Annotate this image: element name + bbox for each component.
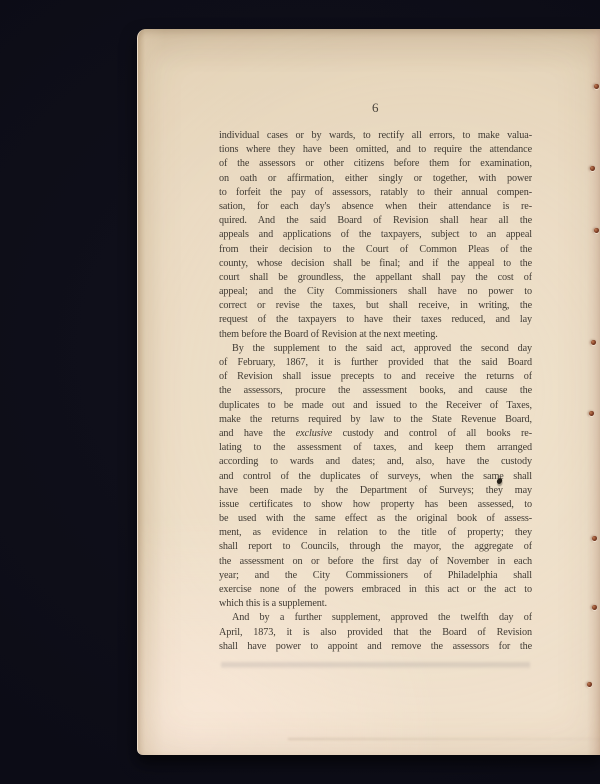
show-through-text (221, 660, 530, 670)
text-line: which this is a supplement. (219, 597, 532, 611)
text-line: and control of the duplicates of surveys… (219, 470, 532, 484)
page-crease (288, 738, 600, 740)
text-line: and have the exclusive custody and contr… (219, 427, 532, 441)
text-line: court shall be groundless, the appellant… (219, 271, 532, 285)
text-line: request of the taxpayers to have their t… (219, 313, 532, 327)
text-line: the assessment on or before the first da… (219, 555, 532, 569)
text-line: ment, as evidence in relation to the tit… (219, 526, 532, 540)
text-line: correct or revise the taxes, but shall r… (219, 299, 532, 313)
text-line: appeal; and the City Commissioners shall… (219, 285, 532, 299)
text-line: county, whose decision shall be final; a… (219, 257, 532, 271)
text-line: of the assessors or other citizens befor… (219, 157, 532, 171)
text-line: shall have power to appoint and remove t… (219, 640, 532, 654)
text-line: lating to the assessment of taxes, and k… (219, 441, 532, 455)
text-line: exercise none of the powers embraced in … (219, 583, 532, 597)
text-line: from their decision to the Court of Comm… (219, 243, 532, 257)
text-line: quired. And the said Board of Revision s… (219, 214, 532, 228)
text-line: April, 1873, it is also provided that th… (219, 626, 532, 640)
text-line: year; and the City Commissioners of Phil… (219, 569, 532, 583)
text-line: duplicates to be made out and issued to … (219, 399, 532, 413)
text-line: according to wards and dates; and, also,… (219, 455, 532, 469)
scan-background: 6 individual cases or by wards, to recti… (0, 0, 600, 784)
text-line: make the returns required by law to the … (219, 413, 532, 427)
text-line: to forfeit the pay of assessors, ratably… (219, 186, 532, 200)
text-line: them before the Board of Revision at the… (219, 328, 532, 342)
text-line: of Revision shall issue precepts to and … (219, 370, 532, 384)
text-line: And by a further supplement, approved th… (219, 611, 532, 625)
body-text: individual cases or by wards, to rectify… (219, 129, 532, 654)
text-line: issue certificates to show how property … (219, 498, 532, 512)
text-line: appeals and applications of the taxpayer… (219, 228, 532, 242)
page-number: 6 (219, 100, 532, 116)
text-line: on oath or affirmation, either singly or… (219, 172, 532, 186)
text-line: tions where they have been omitted, and … (219, 143, 532, 157)
text-line: be used with the same effect as the orig… (219, 512, 532, 526)
text-line: sation, for each day's absence when thei… (219, 200, 532, 214)
text-line: the assessors, procure the assessment bo… (219, 384, 532, 398)
text-line: individual cases or by wards, to rectify… (219, 129, 532, 143)
text-line: shall report to Councils, through the ma… (219, 540, 532, 554)
text-line: By the supplement to the said act, appro… (219, 342, 532, 356)
text-line: have been made by the Department of Surv… (219, 484, 532, 498)
text-line: of February, 1867, it is further provide… (219, 356, 532, 370)
